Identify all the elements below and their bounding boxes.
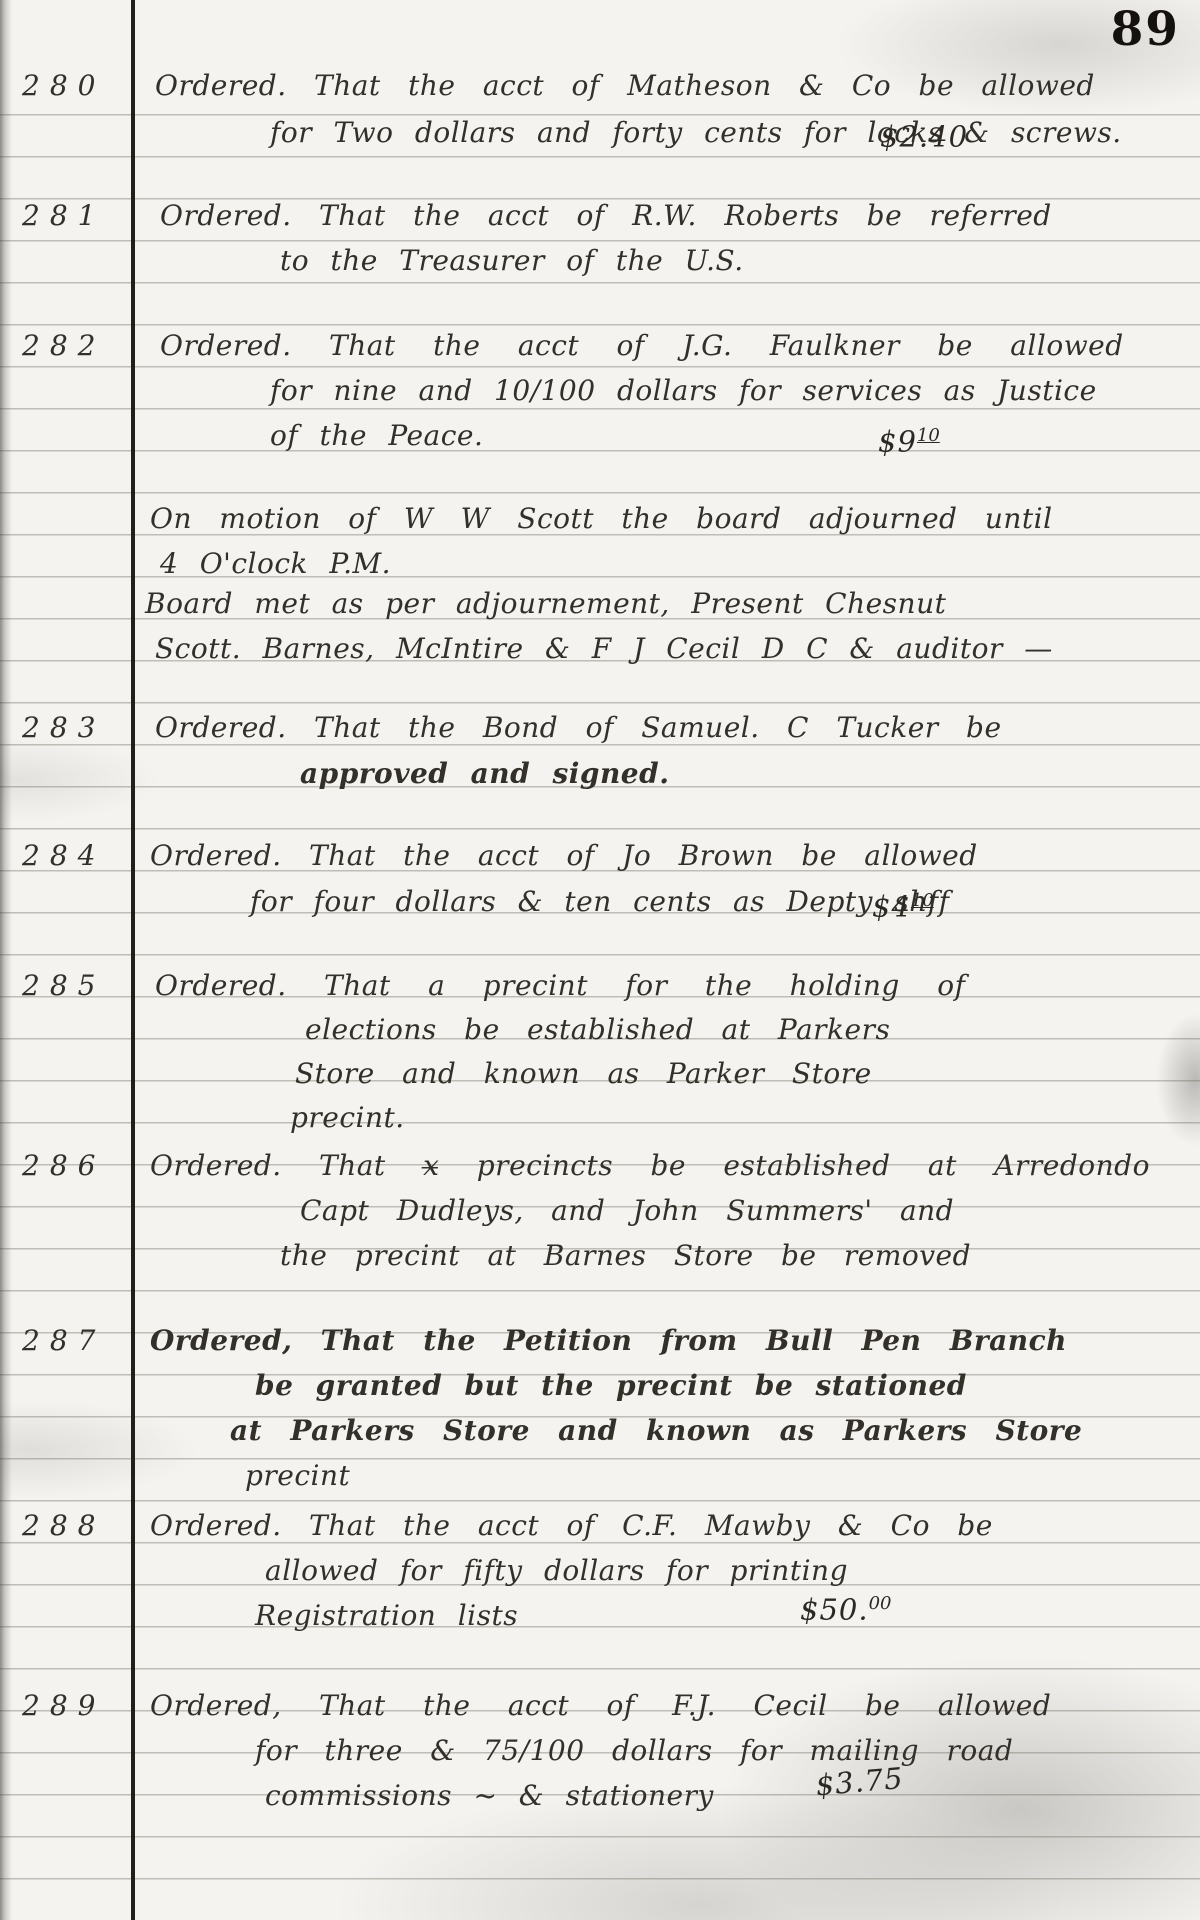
- line-text: elections be established at Parkers: [305, 1013, 890, 1046]
- ledger-entry: 286 Ordered. That x̶ precincts be establ…: [0, 1143, 1200, 1278]
- manuscript-line: Ordered. That the acct of C.F. Mawby & C…: [150, 1503, 1170, 1548]
- amount-value: $2.40: [880, 108, 968, 153]
- manuscript-line: Ordered. That the acct of R.W. Roberts b…: [160, 193, 1170, 238]
- line-text: Ordered. That the acct of Matheson & Co …: [155, 69, 1095, 102]
- amount-value: $50.00: [800, 1581, 891, 1626]
- line-text: Ordered. That a precint for the holding …: [155, 969, 965, 1002]
- line-text: precint: [245, 1459, 350, 1492]
- line-text: for nine and 10/100 dollars for services…: [270, 374, 1097, 407]
- ledger-entry: 282 Ordered. That the acct of J.G. Faulk…: [0, 323, 1200, 458]
- amount-value: $3.75: [813, 1749, 905, 1802]
- amount-value: $910: [878, 413, 940, 458]
- manuscript-line: Ordered. That a precint for the holding …: [155, 963, 1170, 1008]
- line-text: On motion of W W Scott the board adjourn…: [150, 502, 1053, 535]
- line-text: 4 O'clock P.M.: [160, 547, 391, 580]
- amount-value: $410: [872, 878, 934, 923]
- manuscript-line: of the Peace.$910: [270, 413, 1170, 458]
- manuscript-line: the precint at Barnes Store be removed: [280, 1233, 1170, 1278]
- line-text: allowed for fifty dollars for printing: [265, 1554, 848, 1587]
- line-text: commissions ~ & stationery: [265, 1779, 714, 1812]
- entry-number: [22, 581, 124, 626]
- manuscript-line: On motion of W W Scott the board adjourn…: [150, 496, 1170, 541]
- line-text: for Two dollars and forty cents for lock…: [270, 116, 1122, 149]
- line-text: Ordered. That the acct of C.F. Mawby & C…: [150, 1509, 993, 1542]
- minutes-paragraph: On motion of W W Scott the board adjourn…: [0, 496, 1200, 586]
- manuscript-line: Ordered. That the acct of Matheson & Co …: [155, 63, 1170, 108]
- manuscript-line: Store and known as Parker Store: [295, 1052, 1170, 1096]
- line-text: for four dollars & ten cents as Depty sh…: [250, 885, 949, 918]
- entry-number: 284: [22, 833, 124, 878]
- line-text: be granted but the precint be stationed: [255, 1369, 967, 1402]
- line-text: Store and known as Parker Store: [295, 1057, 872, 1090]
- manuscript-line: approved and signed.: [300, 750, 1170, 798]
- manuscript-line: for Two dollars and forty cents for lock…: [270, 108, 1170, 158]
- page-number: 89: [1111, 2, 1180, 57]
- manuscript-line: for three & 75/100 dollars for mailing r…: [255, 1728, 1170, 1773]
- line-text: approved and signed.: [300, 757, 669, 790]
- entry-number: 289: [22, 1683, 124, 1728]
- manuscript-line: Registration lists$50.00: [255, 1593, 1170, 1638]
- entry-number: 282: [22, 323, 124, 368]
- ledger-entry: 285 Ordered. That a precint for the hold…: [0, 963, 1200, 1140]
- ledger-entry: 287 Ordered, That the Petition from Bull…: [0, 1318, 1200, 1498]
- line-text: Scott. Barnes, McIntire & F J Cecil D C …: [155, 632, 1053, 665]
- manuscript-line: precint: [245, 1453, 1170, 1498]
- line-text: Ordered. That the acct of R.W. Roberts b…: [160, 199, 1052, 232]
- manuscript-line: Ordered. That x̶ precincts be establishe…: [150, 1143, 1170, 1188]
- minutes-paragraph: Board met as per adjournement, Present C…: [0, 581, 1200, 671]
- entry-number: [22, 496, 124, 541]
- entry-number: 288: [22, 1503, 124, 1548]
- line-text: Ordered. That the Bond of Samuel. C Tuck…: [155, 711, 1002, 744]
- manuscript-line: Board met as per adjournement, Present C…: [145, 581, 1170, 626]
- entry-number: 286: [22, 1143, 124, 1188]
- manuscript-line: 4 O'clock P.M.: [160, 541, 1170, 586]
- manuscript-line: Scott. Barnes, McIntire & F J Cecil D C …: [155, 626, 1170, 671]
- line-text: Ordered. That the acct of J.G. Faulkner …: [160, 329, 1124, 362]
- ledger-entry: 280 Ordered. That the acct of Matheson &…: [0, 63, 1200, 158]
- manuscript-line: Ordered. That the acct of J.G. Faulkner …: [160, 323, 1170, 368]
- entry-number: 280: [22, 63, 124, 108]
- line-text: precint.: [290, 1101, 405, 1134]
- line-text: the precint at Barnes Store be removed: [280, 1239, 971, 1272]
- line-text: Ordered. That the acct of Jo Brown be al…: [150, 839, 978, 872]
- ledger-entry: 283 Ordered. That the Bond of Samuel. C …: [0, 705, 1200, 798]
- manuscript-line: to the Treasurer of the U.S.: [280, 238, 1170, 283]
- manuscript-line: allowed for fifty dollars for printing: [265, 1548, 1170, 1593]
- line-text: to the Treasurer of the U.S.: [280, 244, 744, 277]
- entry-number: 285: [22, 963, 124, 1008]
- manuscript-line: Ordered. That the acct of Jo Brown be al…: [150, 833, 1170, 878]
- line-text: Ordered, That the Petition from Bull Pen…: [150, 1324, 1067, 1357]
- manuscript-line: elections be established at Parkers: [305, 1008, 1170, 1052]
- line-text: Ordered, That the acct of F.J. Cecil be …: [150, 1689, 1051, 1722]
- line-text: of the Peace.: [270, 419, 483, 452]
- ledger-entry: 289 Ordered, That the acct of F.J. Cecil…: [0, 1683, 1200, 1818]
- manuscript-line: at Parkers Store and known as Parkers St…: [230, 1408, 1170, 1453]
- ledger-entry: 281 Ordered. That the acct of R.W. Rober…: [0, 193, 1200, 283]
- ledger-entry: 288 Ordered. That the acct of C.F. Mawby…: [0, 1503, 1200, 1638]
- ledger-entry: 284 Ordered. That the acct of Jo Brown b…: [0, 833, 1200, 925]
- line-text: Ordered. That x̶ precincts be establishe…: [150, 1149, 1150, 1182]
- line-text: at Parkers Store and known as Parkers St…: [230, 1414, 1082, 1447]
- manuscript-line: for four dollars & ten cents as Depty sh…: [250, 878, 1170, 925]
- manuscript-line: be granted but the precint be stationed: [255, 1363, 1170, 1408]
- line-text: Capt Dudleys, and John Summers' and: [300, 1194, 954, 1227]
- manuscript-line: Capt Dudleys, and John Summers' and: [300, 1188, 1170, 1233]
- entry-number: 283: [22, 705, 124, 750]
- manuscript-line: commissions ~ & stationery$3.75: [265, 1773, 1170, 1818]
- manuscript-line: Ordered, That the acct of F.J. Cecil be …: [150, 1683, 1170, 1728]
- manuscript-line: for nine and 10/100 dollars for services…: [270, 368, 1170, 413]
- line-text: Registration lists: [255, 1599, 518, 1632]
- entry-number: 287: [22, 1318, 124, 1363]
- entry-number: 281: [22, 193, 124, 238]
- manuscript-line: Ordered, That the Petition from Bull Pen…: [150, 1318, 1170, 1363]
- manuscript-line: Ordered. That the Bond of Samuel. C Tuck…: [155, 705, 1170, 750]
- manuscript-line: precint.: [290, 1096, 1170, 1140]
- line-text: Board met as per adjournement, Present C…: [145, 587, 946, 620]
